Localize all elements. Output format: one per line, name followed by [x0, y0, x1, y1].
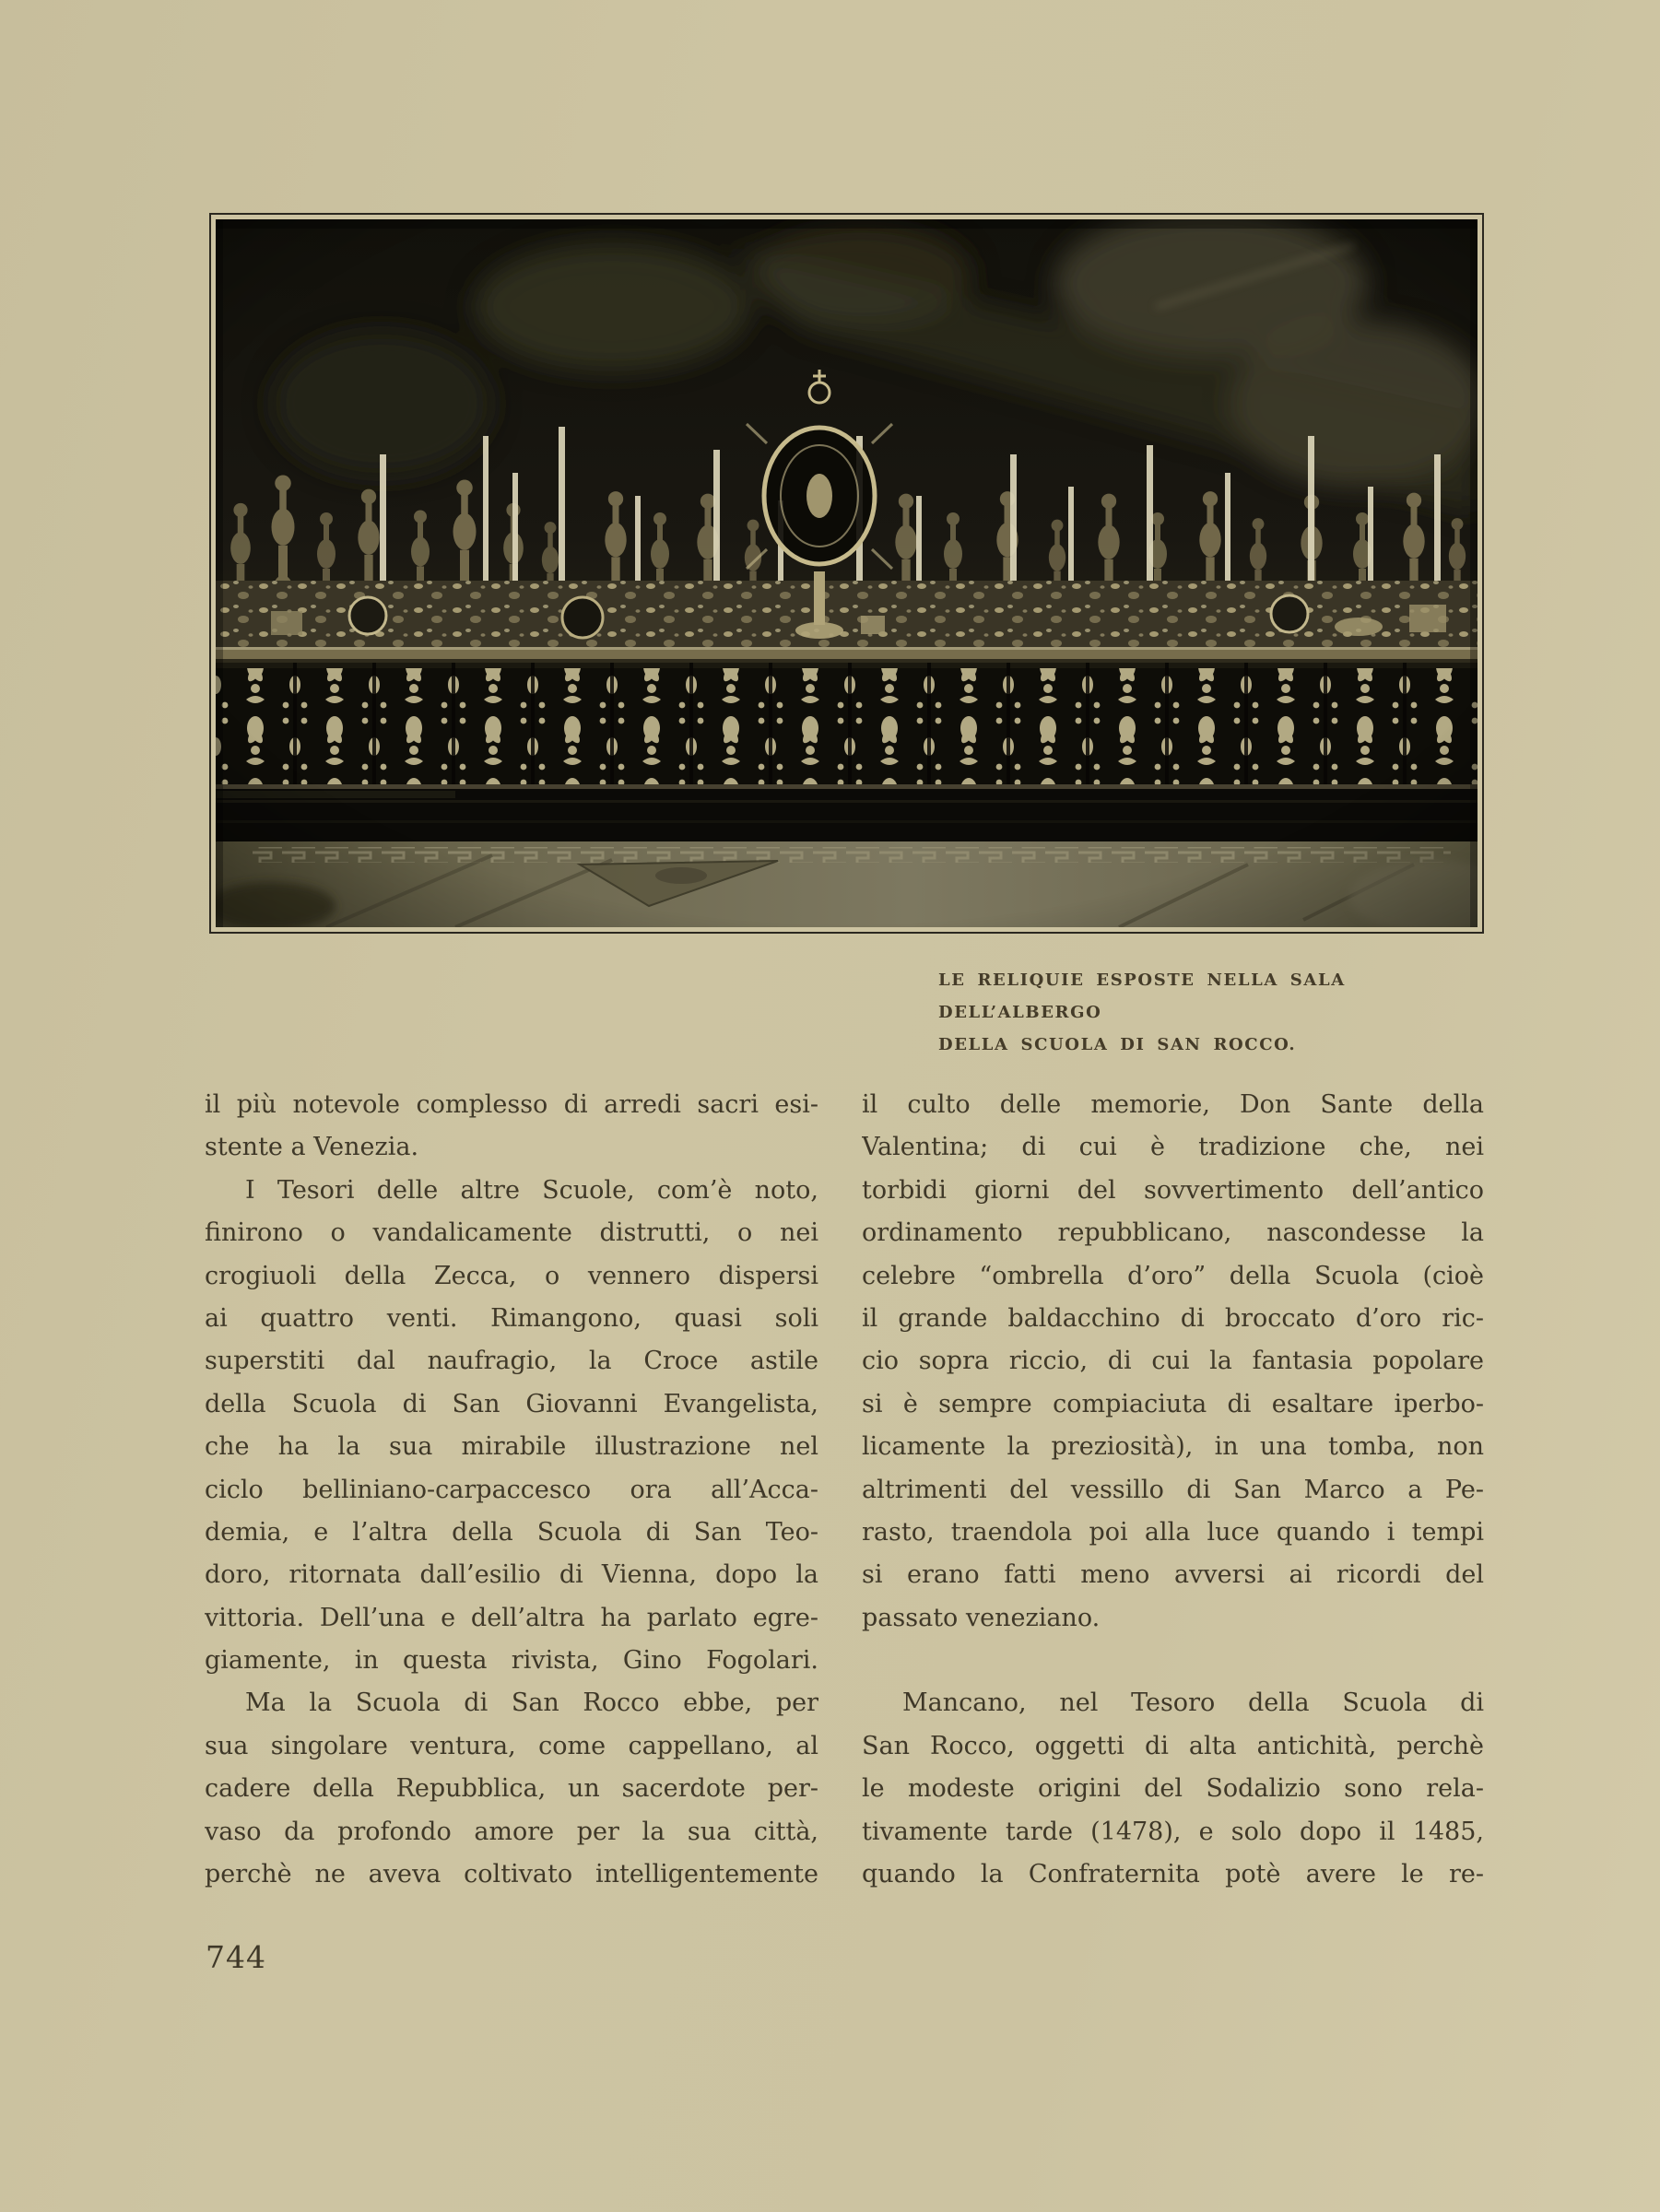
- page-number: 744: [206, 1939, 266, 1976]
- text-line: Valentina; di cui è tradizione che, nei: [862, 1126, 1484, 1169]
- text-line: vaso da profondo amore per la sua città,: [205, 1811, 818, 1853]
- text-line: San Rocco, oggetti di alta antichità, pe…: [862, 1725, 1484, 1768]
- photo-left-shadow: [216, 219, 223, 927]
- text-line: stente a Venezia.: [205, 1126, 818, 1169]
- text-line: torbidi giorni del sovvertimento dell’an…: [862, 1170, 1484, 1212]
- text-line: il culto delle memorie, Don Sante della: [862, 1084, 1484, 1126]
- text-line: Ma la Scuola di San Rocco ebbe, per: [205, 1682, 818, 1724]
- plate: [209, 213, 1484, 934]
- caption-line: LE RELIQUIE ESPOSTE NELLA SALA DELL’ALBE…: [938, 964, 1491, 1029]
- text-line: superstiti dal naufragio, la Croce astil…: [205, 1340, 818, 1382]
- text-line: si è sempre compiaciuta di esaltare iper…: [862, 1383, 1484, 1426]
- text-line: vittoria. Dell’una e dell’altra ha parla…: [205, 1597, 818, 1640]
- text-column-right: il culto delle memorie, Don Sante dellaV…: [862, 1084, 1484, 1896]
- photo-top-shadow: [216, 219, 1478, 229]
- text-line: della Scuola di San Giovanni Evangelista…: [205, 1383, 818, 1426]
- text-line: tivamente tarde (1478), e solo dopo il 1…: [862, 1811, 1484, 1853]
- text-line: si erano fatti meno avversi ai ricordi d…: [862, 1554, 1484, 1596]
- book-page: LE RELIQUIE ESPOSTE NELLA SALA DELL’ALBE…: [0, 0, 1660, 2212]
- paragraph: il più notevole complesso di arredi sacr…: [205, 1084, 818, 1170]
- text-line: che ha la sua mirabile illustrazione nel: [205, 1426, 818, 1468]
- text-line: altrimenti del vessillo di San Marco a P…: [862, 1469, 1484, 1512]
- photo-vignette: [216, 219, 1478, 927]
- reliquary-photo: [216, 219, 1478, 927]
- text-line: I Tesori delle altre Scuole, com’è noto,: [205, 1170, 818, 1212]
- text-line: le modeste origini del Sodalizio sono re…: [862, 1768, 1484, 1810]
- text-line: il più notevole complesso di arredi sacr…: [205, 1084, 818, 1126]
- text-line: rasto, traendola poi alla luce quando i …: [862, 1512, 1484, 1554]
- text-line: giamente, in questa rivista, Gino Fogola…: [205, 1640, 818, 1682]
- photo-caption: LE RELIQUIE ESPOSTE NELLA SALA DELL’ALBE…: [938, 964, 1491, 1061]
- text-line: Mancano, nel Tesoro della Scuola di: [862, 1682, 1484, 1724]
- text-line: crogiuoli della Zecca, o vennero dispers…: [205, 1255, 818, 1298]
- text-line: celebre “ombrella d’oro” della Scuola (c…: [862, 1255, 1484, 1298]
- text-line: perchè ne aveva coltivato intelligenteme…: [205, 1853, 818, 1896]
- text-line: doro, ritornata dall’esilio di Vienna, d…: [205, 1554, 818, 1596]
- paragraph: I Tesori delle altre Scuole, com’è noto,…: [205, 1170, 818, 1683]
- paragraph: Ma la Scuola di San Rocco ebbe, persua s…: [205, 1682, 818, 1896]
- text-line: ordinamento repubblicano, nascondesse la: [862, 1212, 1484, 1254]
- text-line: il grande baldacchino di broccato d’oro …: [862, 1298, 1484, 1340]
- text-line: finirono o vandalicamente distrutti, o n…: [205, 1212, 818, 1254]
- text-column-left: il più notevole complesso di arredi sacr…: [205, 1084, 818, 1896]
- photo-right-shadow: [1470, 219, 1478, 927]
- text-line: cadere della Repubblica, un sacerdote pe…: [205, 1768, 818, 1810]
- caption-line: DELLA SCUOLA DI SAN ROCCO.: [938, 1029, 1491, 1061]
- text-line: passato veneziano.: [862, 1597, 1484, 1640]
- text-line: ai quattro venti. Rimangono, quasi soli: [205, 1298, 818, 1340]
- text-line: demia, e l’altra della Scuola di San Teo…: [205, 1512, 818, 1554]
- text-line: licamente la preziosità), in una tomba, …: [862, 1426, 1484, 1468]
- paragraph: il culto delle memorie, Don Sante dellaV…: [862, 1084, 1484, 1640]
- text-line: quando la Confraternita potè avere le re…: [862, 1853, 1484, 1896]
- paragraph: Mancano, nel Tesoro della Scuola diSan R…: [862, 1682, 1484, 1896]
- text-line: ciclo belliniano-carpaccesco ora all’Acc…: [205, 1469, 818, 1512]
- text-line: cio sopra riccio, di cui la fantasia pop…: [862, 1340, 1484, 1382]
- text-line: sua singolare ventura, come cappellano, …: [205, 1725, 818, 1768]
